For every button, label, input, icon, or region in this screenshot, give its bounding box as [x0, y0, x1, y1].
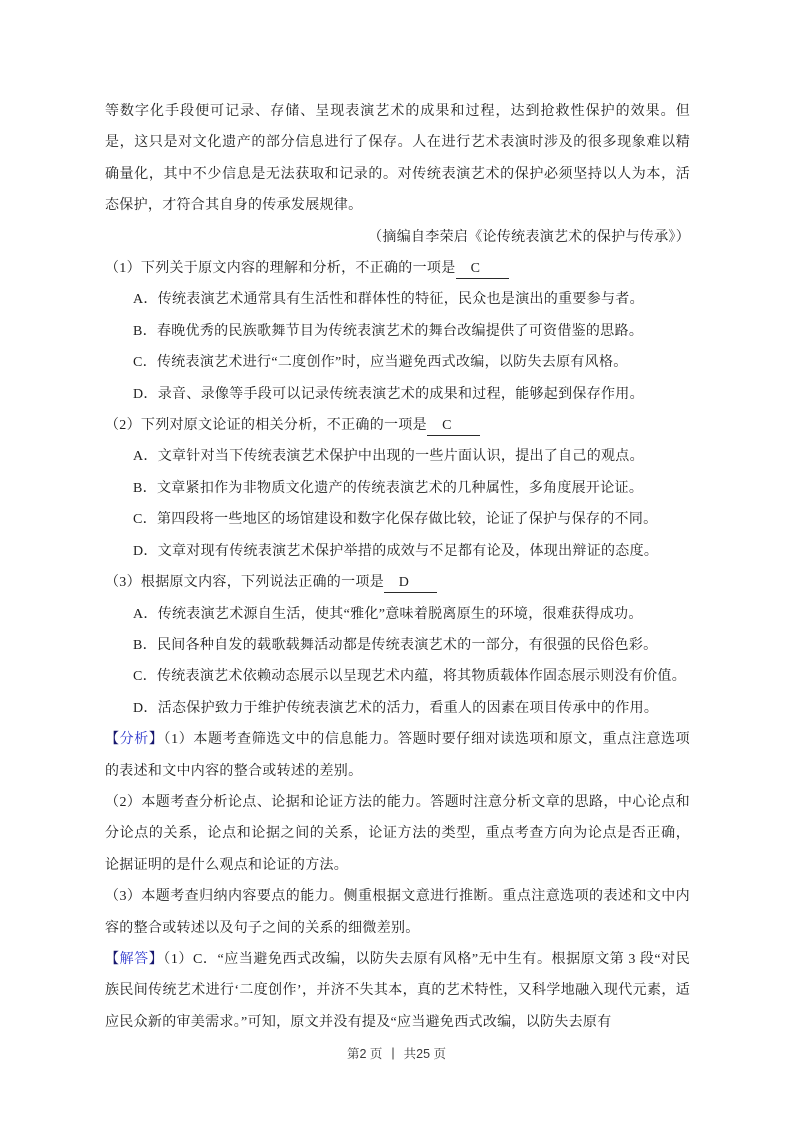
answer-blank: C [456, 259, 509, 279]
analysis-text: （1）本题考查筛选文中的信息能力。答题时要仔细对读选项和原文，重点注意选项的表述… [105, 732, 690, 778]
solution-label: 解答 [120, 952, 149, 967]
question-1-stem: （1）下列关于原文内容的理解和分析，不正确的一项是C [105, 253, 690, 284]
document-page: 等数字化手段便可记录、存储、呈现表演艺术的成果和过程，达到抢救性保护的效果。但是… [0, 0, 793, 1122]
question-2-option-b: B．文章紧扣作为非物质文化遗产的传统表演艺术的几种属性，多角度展开论证。 [105, 473, 690, 504]
question-1-option-c: C．传统表演艺术进行“二度创作”时，应当避免西式改编，以防失去原有风格。 [105, 347, 690, 378]
question-3-option-a: A．传统表演艺术源自生活，使其“雅化”意味着脱离原生的环境，很难获得成功。 [105, 599, 690, 630]
question-3-option-c: C．传统表演艺术依赖动态展示以呈现艺术内蕴，将其物质载体作固态展示则没有价值。 [105, 661, 690, 692]
question-1-option-d: D．录音、录像等手段可以记录传统表演艺术的成果和过程，能够起到保存作用。 [105, 379, 690, 410]
question-1-option-a: A．传统表演艺术通常具有生活性和群体性的特征，民众也是演出的重要参与者。 [105, 284, 690, 315]
question-stem-text: （1）下列关于原文内容的理解和分析，不正确的一项是 [105, 261, 456, 276]
question-2: （2）下列对原文论证的相关分析，不正确的一项是C A．文章针对当下传统表演艺术保… [105, 410, 690, 567]
label-bracket-open: 【 [105, 952, 120, 967]
question-3: （3）根据原文内容，下列说法正确的一项是D A．传统表演艺术源自生活，使其“雅化… [105, 567, 690, 724]
passage-paragraph: 等数字化手段便可记录、存储、呈现表演艺术的成果和过程，达到抢救性保护的效果。但是… [105, 96, 690, 222]
question-3-stem: （3）根据原文内容，下列说法正确的一项是D [105, 567, 690, 598]
footer-separator: | [391, 1046, 394, 1060]
analysis-label: 分析 [120, 732, 149, 747]
label-bracket-close: 】 [149, 732, 164, 747]
passage-attribution: （摘编自李荣启《论传统表演艺术的保护与传承》） [105, 222, 690, 253]
analysis-paragraph-2: （2）本题考查分析论点、论据和论证方法的能力。答题时注意分析文章的思路，中心论点… [105, 787, 690, 881]
answer-blank: D [384, 573, 437, 593]
solution-paragraph-1: 【解答】（1）C．“应当避免西式改编，以防失去原有风格”无中生有。根据原文第 3… [105, 944, 690, 1038]
question-2-option-a: A．文章针对当下传统表演艺术保护中出现的一些片面认识，提出了自己的观点。 [105, 441, 690, 472]
answer-blank: C [427, 416, 480, 436]
page-footer: 第2 页 | 共25 页 [0, 1044, 793, 1062]
footer-page-number: 第2 页 [347, 1044, 382, 1062]
question-3-option-b: B．民间各种自发的载歌载舞活动都是传统表演艺术的一部分，有很强的民俗色彩。 [105, 630, 690, 661]
footer-total-pages: 共25 页 [404, 1044, 446, 1062]
question-3-option-d: D．活态保护致力于维护传统表演艺术的活力，看重人的因素在项目传承中的作用。 [105, 693, 690, 724]
analysis-paragraph-3: （3）本题考查归纳内容要点的能力。侧重根据文意进行推断。重点注意选项的表述和文中… [105, 881, 690, 944]
question-2-option-d: D．文章对现有传统表演艺术保护举措的成效与不足都有论及，体现出辩证的态度。 [105, 536, 690, 567]
analysis-section: 【分析】（1）本题考查筛选文中的信息能力。答题时要仔细对读选项和原文，重点注意选… [105, 724, 690, 944]
question-2-stem: （2）下列对原文论证的相关分析，不正确的一项是C [105, 410, 690, 441]
question-1-option-b: B．春晚优秀的民族歌舞节目为传统表演艺术的舞台改编提供了可资借鉴的思路。 [105, 316, 690, 347]
question-stem-text: （2）下列对原文论证的相关分析，不正确的一项是 [105, 418, 427, 433]
question-stem-text: （3）根据原文内容，下列说法正确的一项是 [105, 575, 384, 590]
solution-text: （1）C．“应当避免西式改编，以防失去原有风格”无中生有。根据原文第 3 段“对… [105, 952, 690, 1030]
question-1: （1）下列关于原文内容的理解和分析，不正确的一项是C A．传统表演艺术通常具有生… [105, 253, 690, 410]
solution-section: 【解答】（1）C．“应当避免西式改编，以防失去原有风格”无中生有。根据原文第 3… [105, 944, 690, 1038]
analysis-paragraph-1: 【分析】（1）本题考查筛选文中的信息能力。答题时要仔细对读选项和原文，重点注意选… [105, 724, 690, 787]
label-bracket-close: 】 [149, 952, 164, 967]
label-bracket-open: 【 [105, 732, 120, 747]
question-2-option-c: C．第四段将一些地区的场馆建设和数字化保存做比较，论证了保护与保存的不同。 [105, 504, 690, 535]
